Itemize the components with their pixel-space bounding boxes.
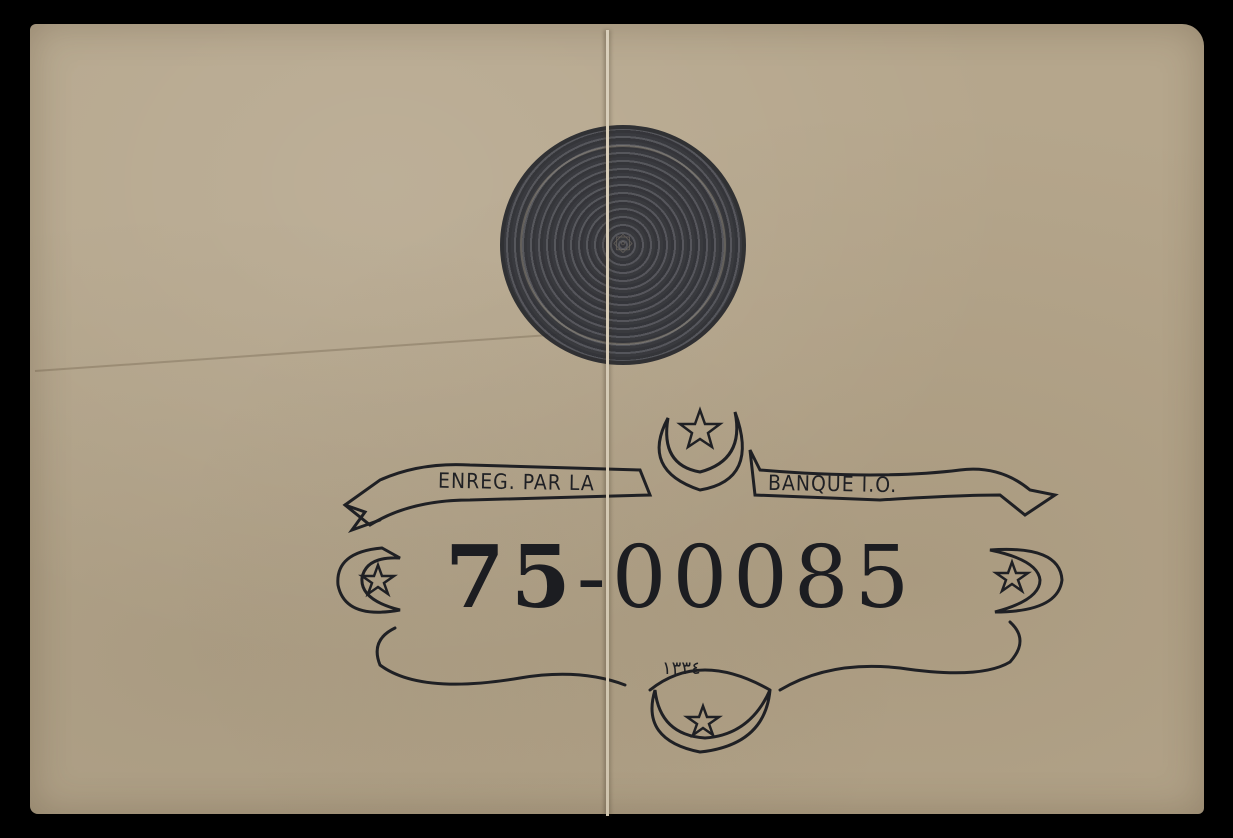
serial-digits: 00085 <box>612 528 916 628</box>
crescent-bottom <box>652 690 770 752</box>
star-right-icon <box>996 562 1028 591</box>
star-bottom-icon <box>687 706 719 735</box>
crescent-top <box>659 412 742 490</box>
ribbon-right-text: BANQUE I.O. <box>768 471 898 497</box>
paper-fold <box>606 30 609 816</box>
ribbon-left-text: ENREG. PAR LA <box>438 469 595 496</box>
serial-number: 75-00085 <box>445 535 915 621</box>
crescent-right <box>990 549 1062 612</box>
serial-prefix: 75 <box>445 527 577 628</box>
serial-separator: - <box>577 528 612 628</box>
ornament-layer <box>0 0 1233 838</box>
scroll-right <box>780 622 1020 690</box>
scroll-left <box>377 628 625 685</box>
crescent-numerals: ١٣٣٤ <box>662 658 701 679</box>
star-top-icon <box>680 410 720 447</box>
